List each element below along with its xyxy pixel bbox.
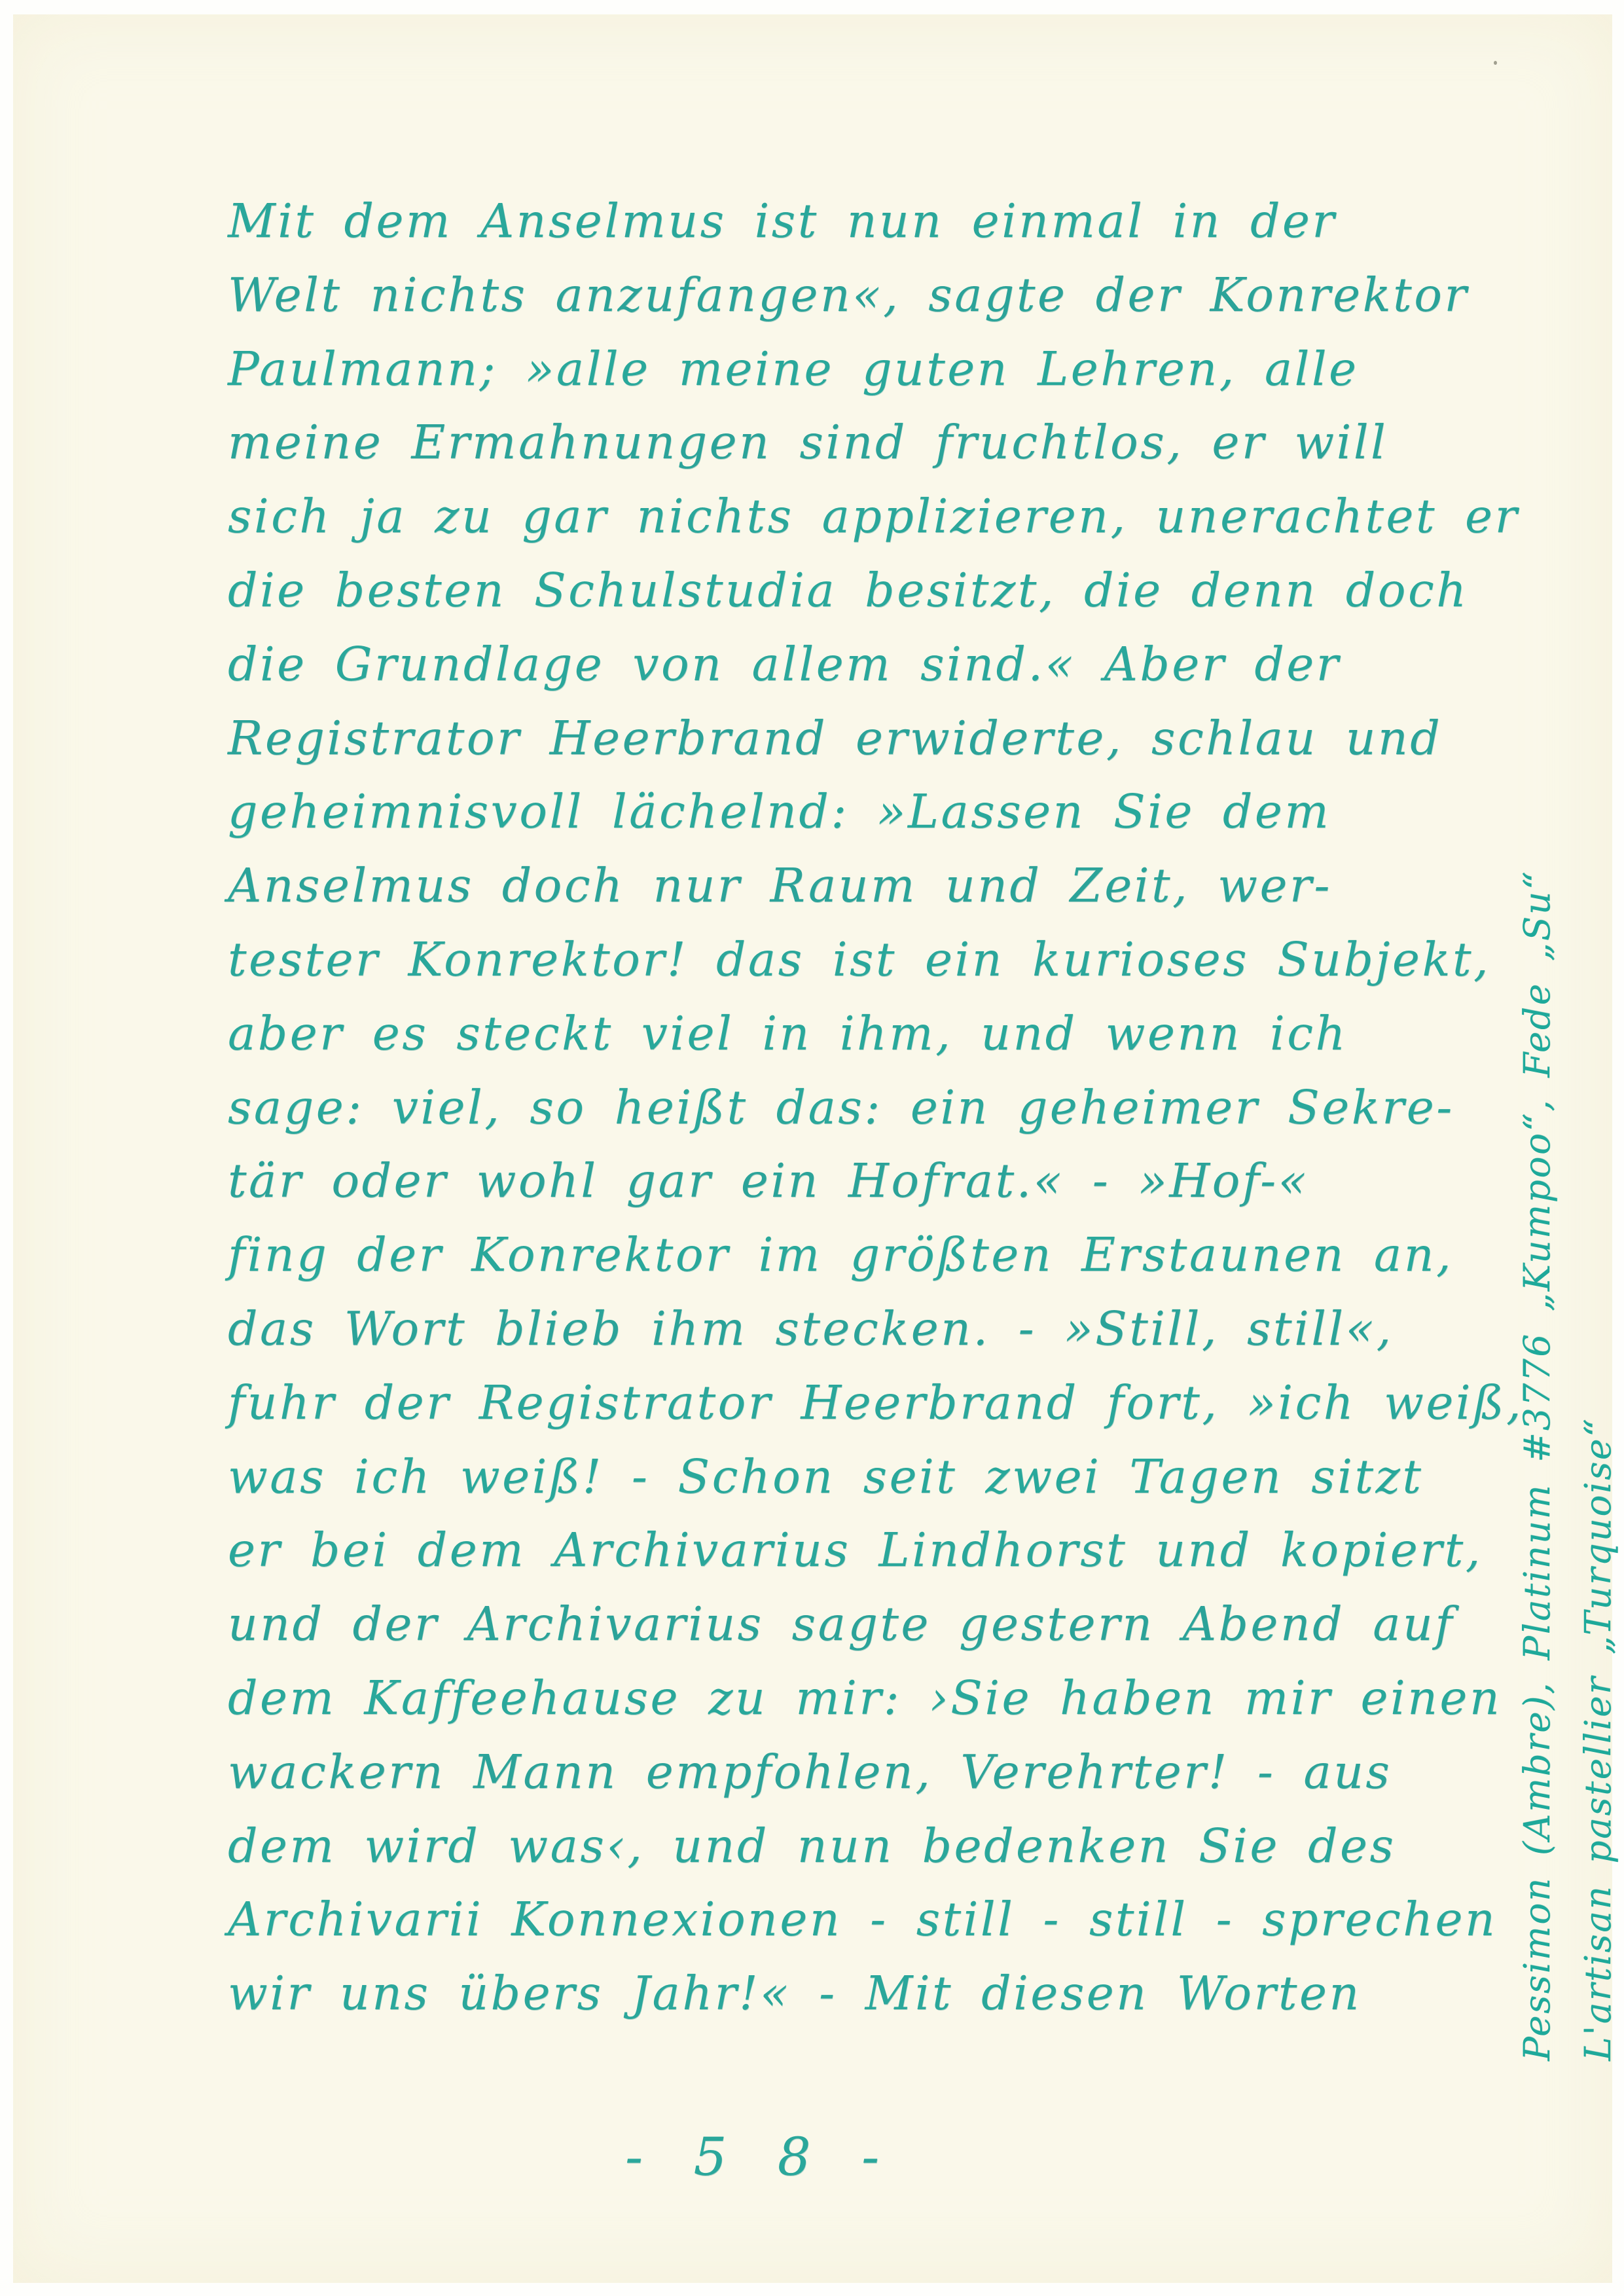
handwritten-line: sich ja zu gar nichts applizieren, unera… [228, 480, 1413, 554]
handwritten-line: er bei dem Archivarius Lindhorst und kop… [228, 1514, 1413, 1588]
handwritten-line: Welt nichts anzufangen«, sagte der Konre… [228, 259, 1413, 333]
handwritten-line: die besten Schulstudia besitzt, die denn… [228, 554, 1413, 628]
manuscript-scan: Mit dem Anselmus ist nun einmal in der W… [0, 0, 1624, 2296]
margin-note-ink-line: L'artisan pastellier „Turquoise“ [1568, 614, 1624, 2061]
handwritten-line: wir uns übers Jahr!« - Mit diesen Worten [228, 1957, 1413, 2031]
handwritten-line: geheimnisvoll lächelnd: »Lassen Sie dem [228, 775, 1413, 849]
handwritten-line: Archivarii Konnexionen - still - still -… [228, 1883, 1413, 1957]
dust-speck [1494, 61, 1497, 65]
margin-note: Pessimon (Ambre), Platinum #3776 „Kumpoo… [1507, 614, 1624, 2061]
page-number: - 5 8 - [625, 2126, 896, 2187]
handwritten-line: Registrator Heerbrand erwiderte, schlau … [228, 702, 1413, 776]
handwritten-line: das Wort blieb ihm stecken. - »Still, st… [228, 1292, 1413, 1366]
handwritten-line: Mit dem Anselmus ist nun einmal in der [228, 185, 1413, 259]
handwritten-line: meine Ermahnungen sind fruchtlos, er wil… [228, 406, 1413, 480]
handwritten-line: Anselmus doch nur Raum und Zeit, wer- [228, 849, 1413, 923]
handwritten-line: dem Kaffeehause zu mir: ›Sie haben mir e… [228, 1662, 1413, 1736]
handwritten-line: die Grundlage von allem sind.« Aber der [228, 628, 1413, 702]
handwritten-line: dem wird was‹, und nun bedenken Sie des [228, 1810, 1413, 1884]
handwritten-line: fuhr der Registrator Heerbrand fort, »ic… [228, 1366, 1413, 1440]
handwritten-line: Paulmann; »alle meine guten Lehren, alle [228, 333, 1413, 407]
handwritten-line: fing der Konrektor im größten Erstaunen … [228, 1218, 1413, 1292]
handwritten-line: aber es steckt viel in ihm, und wenn ich [228, 997, 1413, 1071]
handwritten-line: sage: viel, so heißt das: ein geheimer S… [228, 1071, 1413, 1145]
handwritten-line: tester Konrektor! das ist ein kurioses S… [228, 923, 1413, 997]
margin-note-materials-line: Pessimon (Ambre), Platinum #3776 „Kumpoo… [1507, 614, 1568, 2061]
handwritten-line: und der Archivarius sagte gestern Abend … [228, 1588, 1413, 1662]
handwritten-text-block: Mit dem Anselmus ist nun einmal in der W… [228, 185, 1413, 2031]
handwritten-line: wackern Mann empfohlen, Verehrter! - aus [228, 1736, 1413, 1810]
handwritten-line: was ich weiß! - Schon seit zwei Tagen si… [228, 1440, 1413, 1514]
handwritten-line: tär oder wohl gar ein Hofrat.« - »Hof-« [228, 1144, 1413, 1218]
